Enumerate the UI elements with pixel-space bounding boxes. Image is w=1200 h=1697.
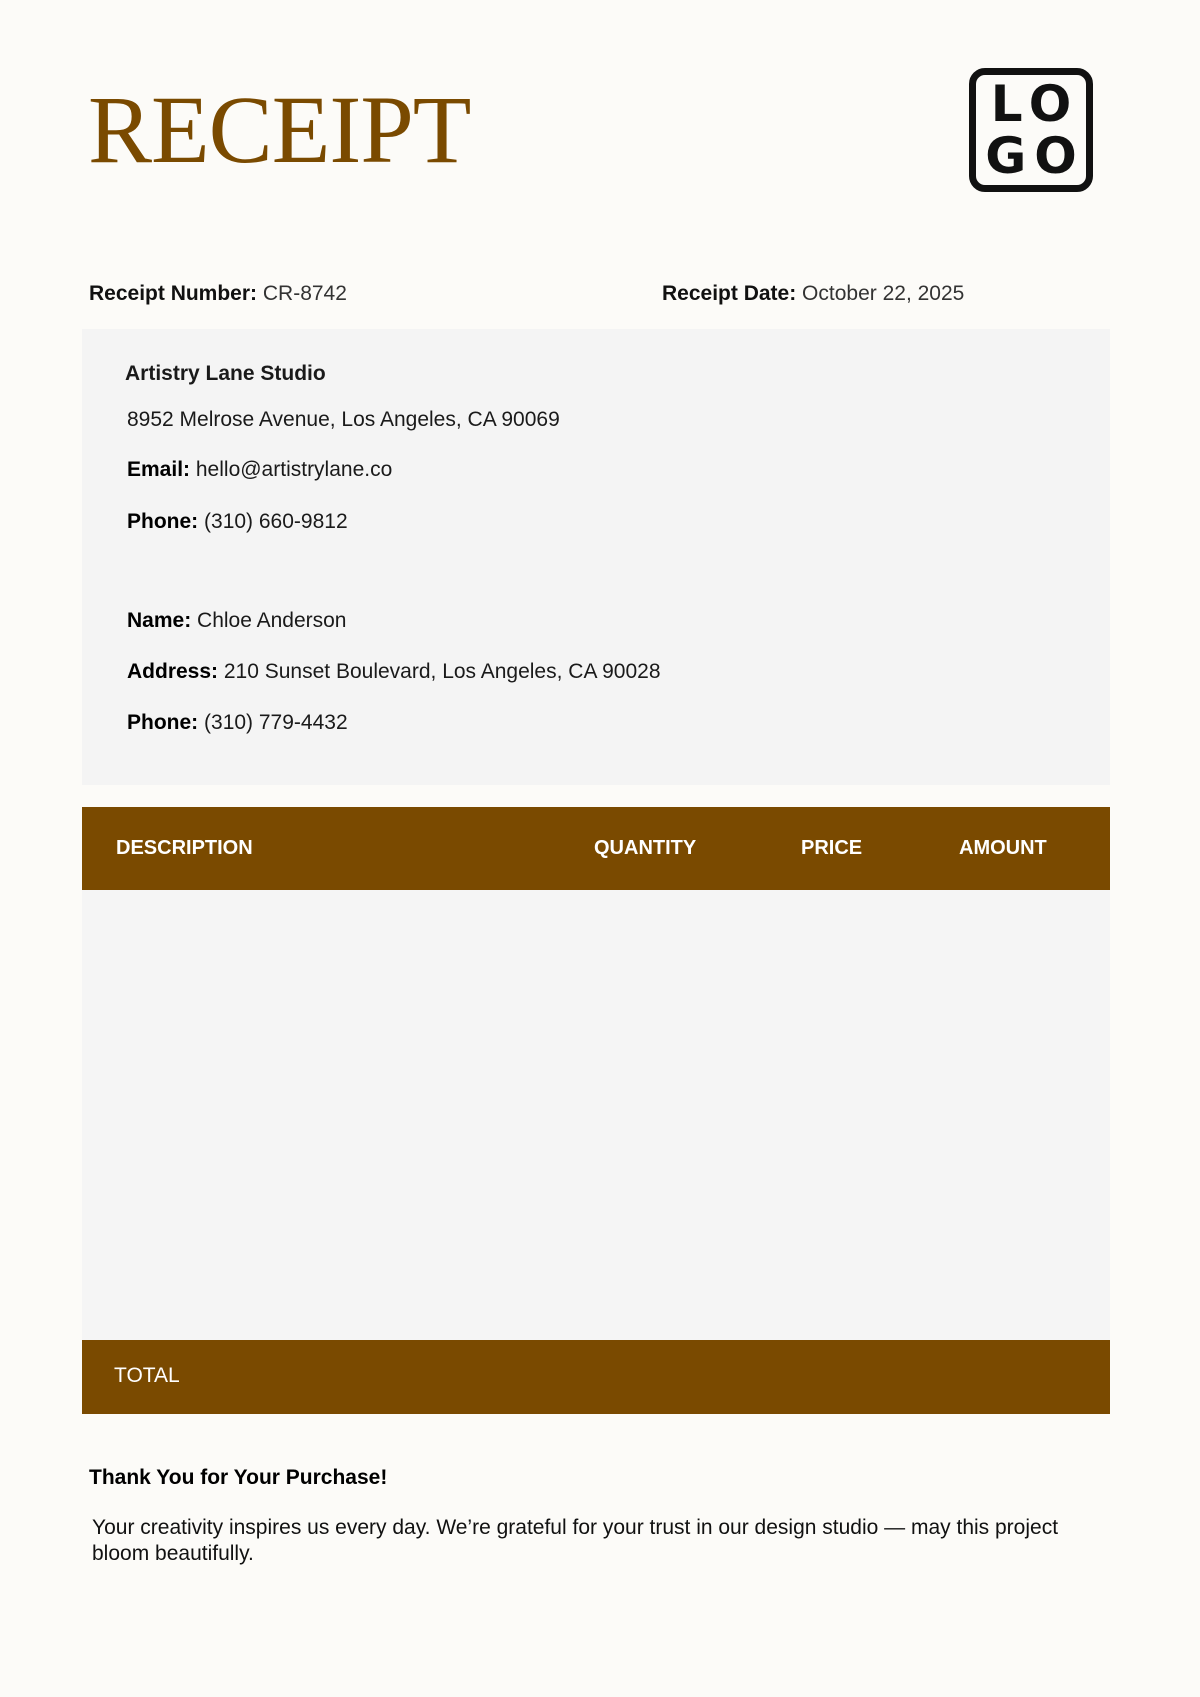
seller-phone-label: Phone: [127, 510, 198, 533]
total-row: TOTAL [82, 1340, 1110, 1414]
customer-name: Name: Chloe Anderson [127, 609, 347, 633]
customer-phone-value: (310) 779-4432 [204, 711, 348, 734]
customer-address-value: 210 Sunset Boulevard, Los Angeles, CA 90… [224, 660, 661, 683]
logo-line-2: GO [985, 130, 1085, 182]
customer-phone-label: Phone: [127, 711, 198, 734]
total-label: TOTAL [114, 1364, 180, 1388]
seller-email-value: hello@artistrylane.co [196, 458, 392, 481]
items-table-header: DESCRIPTION QUANTITY PRICE AMOUNT [82, 807, 1110, 890]
seller-phone: Phone: (310) 660-9812 [127, 510, 348, 534]
receipt-number-value: CR-8742 [263, 282, 347, 305]
seller-name: Artistry Lane Studio [125, 362, 326, 386]
customer-address: Address: 210 Sunset Boulevard, Los Angel… [127, 660, 661, 684]
items-table-body [82, 890, 1110, 1340]
seller-phone-value: (310) 660-9812 [204, 510, 348, 533]
column-amount: AMOUNT [959, 837, 1047, 860]
thank-you-message: Your creativity inspires us every day. W… [92, 1515, 1102, 1567]
receipt-number-label: Receipt Number: [89, 282, 257, 305]
seller-address: 8952 Melrose Avenue, Los Angeles, CA 900… [127, 408, 560, 432]
column-quantity: QUANTITY [594, 837, 696, 860]
column-price: PRICE [801, 837, 862, 860]
customer-phone: Phone: (310) 779-4432 [127, 711, 348, 735]
thank-you-title: Thank You for Your Purchase! [89, 1466, 387, 1490]
customer-name-value: Chloe Anderson [197, 609, 346, 632]
customer-name-label: Name: [127, 609, 191, 632]
customer-address-label: Address: [127, 660, 218, 683]
receipt-title: RECEIPT [88, 82, 470, 178]
column-description: DESCRIPTION [116, 837, 253, 860]
logo-line-1: LO [991, 78, 1080, 130]
logo-icon: LO GO [969, 68, 1093, 192]
receipt-date-label: Receipt Date: [662, 282, 796, 305]
seller-email-label: Email: [127, 458, 190, 481]
receipt-number: Receipt Number: CR-8742 [89, 282, 347, 306]
info-panel: Artistry Lane Studio 8952 Melrose Avenue… [82, 329, 1110, 785]
seller-email: Email: hello@artistrylane.co [127, 458, 392, 482]
receipt-date-value: October 22, 2025 [802, 282, 964, 305]
receipt-date: Receipt Date: October 22, 2025 [662, 282, 964, 306]
